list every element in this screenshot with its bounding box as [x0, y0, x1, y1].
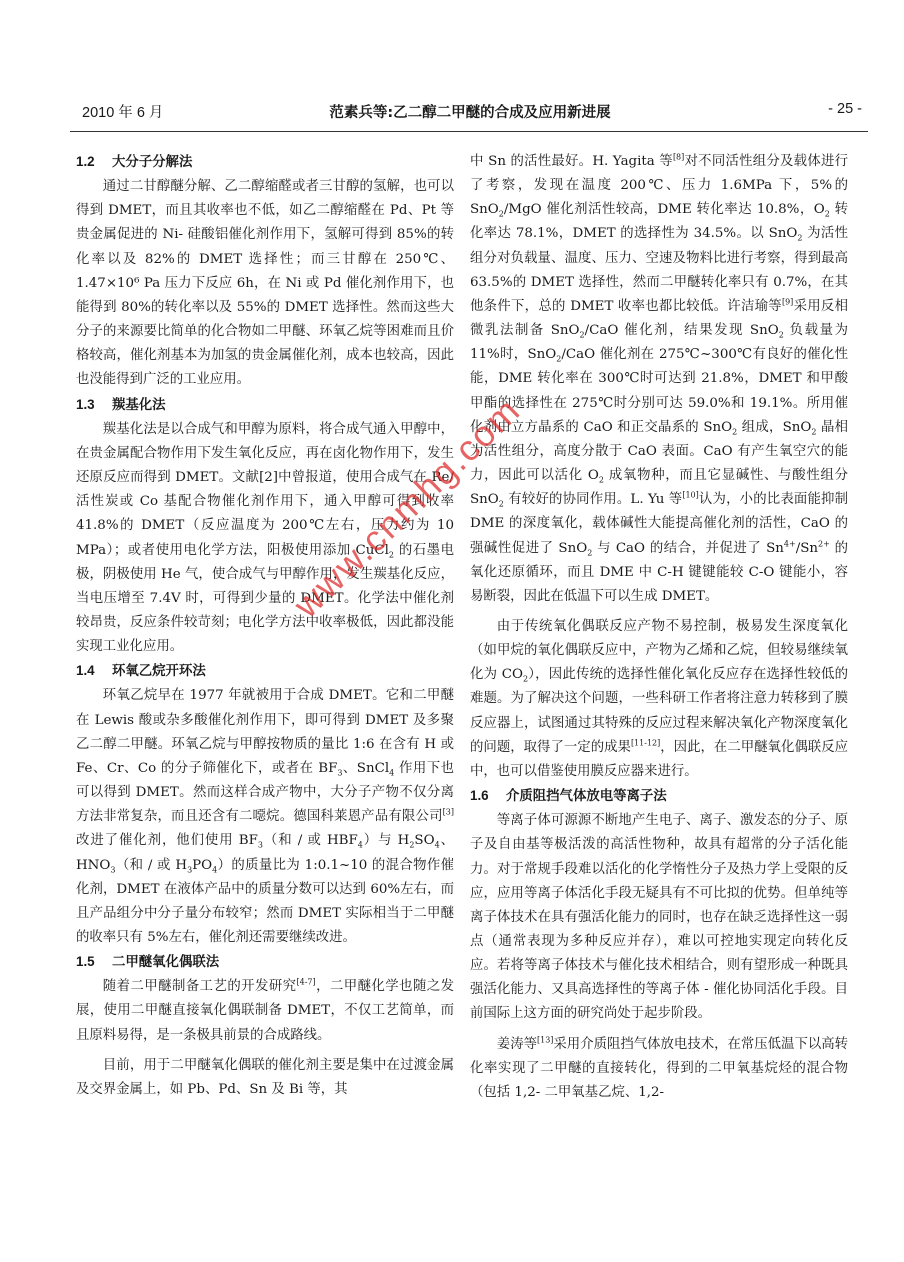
citation: [10]	[682, 491, 698, 500]
paragraph: 由于传统氧化偶联反应产物不易控制，极易发生深度氧化（如甲烷的氧化偶联反应中，产物…	[470, 615, 848, 784]
citation: [11-12]	[631, 738, 660, 747]
section-heading-1-4: 1.4环氧乙烷开环法	[76, 659, 454, 684]
paragraph: 等离子体可源源不断地产生电子、离子、激发态的分子、原子及自由基等极活泼的高活性物…	[470, 809, 848, 1026]
citation: [13]	[537, 1035, 553, 1044]
paragraph: 羰基化法是以合成气和甲醇为原料，将合成气通入甲醇中，在贵金属配合物作用下发生氧化…	[76, 418, 454, 660]
header-rule	[70, 131, 868, 132]
section-heading-1-3: 1.3羰基化法	[76, 393, 454, 418]
section-heading-1-5: 1.5二甲醚氧化偶联法	[76, 950, 454, 975]
running-title: 范素兵等:乙二醇二甲醚的合成及应用新进展	[70, 101, 870, 122]
paragraph: 目前，用于二甲醚氧化偶联的催化剂主要是集中在过渡金属及交界金属上，如 Pb、Pd…	[76, 1054, 454, 1102]
paragraph: 中 Sn 的活性最好。H. Yagita 等[8]对不同活性组分及载体进行了考察…	[470, 150, 848, 609]
paragraph: 通过二甘醇醚分解、乙二醇缩醛或者三甘醇的氢解，也可以得到 DMET，而且其收率也…	[76, 175, 454, 392]
paragraph: 姜涛等[13]采用介质阻挡气体放电技术，在常压低温下以高转化率实现了二甲醚的直接…	[470, 1033, 848, 1105]
right-column: 中 Sn 的活性最好。H. Yagita 等[8]对不同活性组分及载体进行了考察…	[470, 150, 848, 1105]
left-column: 1.2大分子分解法 通过二甘醇醚分解、乙二醇缩醛或者三甘醇的氢解，也可以得到 D…	[76, 150, 454, 1102]
section-heading-1-2: 1.2大分子分解法	[76, 150, 454, 175]
citation: [8]	[673, 153, 684, 162]
paragraph: 随着二甲醚制备工艺的开发研究[4-7]，二甲醚化学也随之发展，使用二甲醚直接氧化…	[76, 975, 454, 1047]
citation: [3]	[443, 808, 454, 817]
paragraph: 环氧乙烷早在 1977 年就被用于合成 DMET。它和二甲醚在 Lewis 酸或…	[76, 684, 454, 950]
page-number: - 25 -	[828, 101, 862, 117]
citation: [9]	[782, 297, 793, 306]
section-heading-1-6: 1.6介质阻挡气体放电等离子法	[470, 784, 848, 809]
citation: [4-7]	[297, 978, 316, 987]
running-header: 2010 年 6 月 范素兵等:乙二醇二甲醚的合成及应用新进展 - 25 -	[70, 101, 870, 125]
